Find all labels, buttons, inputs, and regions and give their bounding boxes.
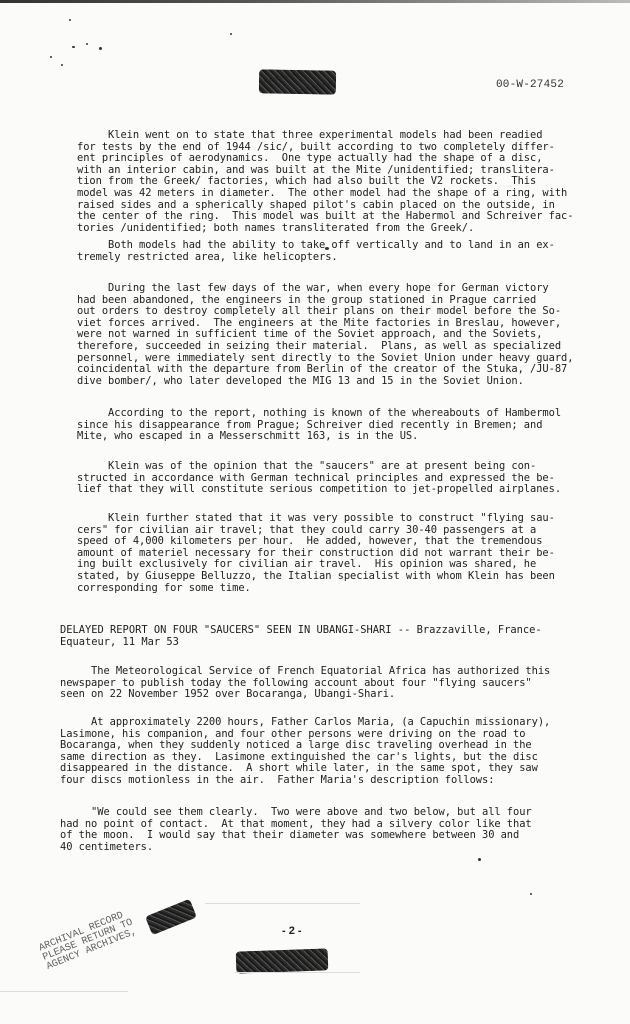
- scan-speck: [478, 858, 481, 861]
- paragraph-klein-opinion: Klein was of the opinion that the "sauce…: [77, 461, 597, 496]
- scan-speck: [230, 33, 232, 35]
- paragraph-civilian-travel: Klein further stated that it was very po…: [77, 513, 597, 594]
- scan-speck: [530, 893, 532, 895]
- paragraph-whereabouts: According to the report, nothing is know…: [77, 408, 597, 443]
- scan-speck: [69, 19, 71, 21]
- document-id: 00-W-27452: [496, 79, 564, 91]
- scan-speck: [72, 46, 75, 48]
- paragraph-description-quote: "We could see them clearly. Two were abo…: [60, 807, 580, 853]
- scan-speck: [61, 64, 63, 66]
- paragraph-father-maria: At approximately 2200 hours, Father Carl…: [60, 717, 580, 787]
- scan-top-edge: [0, 0, 630, 3]
- section-heading: DELAYED REPORT ON FOUR "SAUCERS" SEEN IN…: [60, 625, 600, 648]
- redaction-block-bottom: [236, 948, 329, 973]
- scan-speck: [99, 47, 102, 50]
- paragraph-meteorological-service: The Meteorological Service of French Equ…: [60, 666, 580, 701]
- scan-artifact-line: [205, 903, 360, 904]
- paragraph-experimental-models: Klein went on to state that three experi…: [77, 130, 597, 234]
- scan-speck: [50, 56, 52, 58]
- paragraph-vertical-takeoff: Both models had the ability to take off …: [77, 240, 597, 263]
- scan-artifact-line: [235, 972, 360, 973]
- scan-speck: [86, 43, 88, 45]
- archive-stamp: ARCHIVAL RECORD PLEASE RETURN TO AGENCY …: [38, 909, 138, 973]
- redaction-block-top: [259, 69, 336, 94]
- paragraph-end-of-war: During the last few days of the war, whe…: [77, 283, 597, 387]
- redaction-block-stamp: [145, 899, 197, 936]
- scan-artifact-line: [0, 991, 128, 992]
- page-number: - 2 -: [282, 925, 302, 937]
